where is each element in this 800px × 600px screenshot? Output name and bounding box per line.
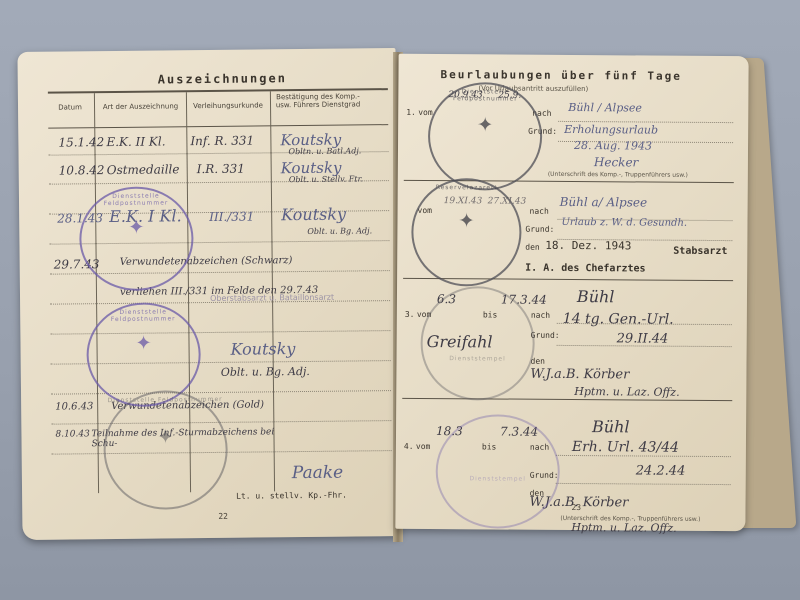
leave-reason: Erh. Url. 43/44 — [572, 439, 679, 456]
leave-signature: I. A. des Chefarztes — [525, 263, 645, 275]
column-header-bestaetigung: Bestätigung des Komp.- usw. Führers Dien… — [273, 92, 363, 109]
entry-award: Ostmedaille — [107, 162, 180, 177]
eagle-emblem-icon: ✦ — [458, 208, 475, 232]
header-bottom-rule — [48, 124, 388, 129]
column-header-datum: Datum — [50, 103, 90, 111]
faded-stamp-text: Oberstabsarzt u. Bataillonsarzt — [210, 293, 334, 303]
leave-entry: 1. vom 20.9.43 25.9. nach Bühl / Alpsee … — [399, 54, 749, 56]
entry-award: E.K. II Kl. — [106, 134, 165, 149]
leave-dated: 18. Dez. 1943 — [545, 239, 631, 253]
leave-rank: Hptm. u. Laz. Offz. — [571, 521, 676, 535]
leave-signature: Hecker — [594, 155, 639, 169]
signature-rank-footer: Lt. u. stellv. Kp.-Fhr. — [236, 491, 347, 501]
stamp-feldpostnummer: Dienststelle Feldpostnummer ✦ — [79, 186, 194, 291]
page-number: 22 — [218, 512, 228, 521]
entry-confirmation: Koutsky — [281, 205, 346, 225]
award-entry: 10.8.42 Ostmedaille I.R. 331 Koutsky Obl… — [17, 48, 395, 52]
page-number: 23 — [571, 503, 581, 512]
stamp-feldpostnummer: Dienststelle Feldpostnummer ✦ — [428, 82, 543, 191]
entry-rank: Oblt. u. Bg. Adj. — [221, 365, 310, 379]
leave-reason: 14 tg. Gen.-Url. — [563, 311, 674, 328]
eagle-emblem-icon: ✦ — [477, 112, 494, 136]
entry-date: 10.8.42 — [59, 163, 105, 177]
right-page-beurlaubungen: Beurlaubungen über fünf Tage (Vor Urlaub… — [395, 54, 748, 531]
entry-rank: Obltn. u. Batl.Adj. — [288, 146, 361, 156]
column-header-verleihung: Verleihungsurkunde — [188, 101, 268, 110]
entry-date: 8.10.43 — [55, 429, 89, 439]
leave-destination: Bühl — [577, 287, 615, 306]
leave-reason: Urlaub z. W. d. Gesundh. — [561, 217, 687, 229]
entry-certificate: Inf. R. 331 — [190, 134, 254, 149]
award-entry: 28.1.43 E.K. I Kl. III./331 Koutsky Oblt… — [17, 48, 395, 52]
leave-rank: Hptm. u. Laz. Offz. — [574, 385, 679, 399]
award-entry: 15.1.42 E.K. II Kl. Inf. R. 331 Koutsky … — [17, 48, 395, 52]
left-page-title: Auszeichnungen — [158, 71, 287, 86]
leave-signature: W.J.a.B. Körber — [530, 367, 629, 383]
stamp-dienststempel: Dienststempel — [420, 286, 535, 401]
entry-certificate: III./331 — [209, 210, 254, 224]
leave-dated: 28. Aug. 1943 — [574, 139, 652, 153]
leave-destination: Bühl a/ Alpsee — [560, 195, 648, 210]
leave-dated: 29.II.44 — [617, 331, 669, 346]
award-entry: 10.6.43 Verwundetenabzeichen (Gold) — [17, 48, 395, 52]
entry-confirmation: Koutsky — [230, 339, 295, 359]
leave-entry: 3. vom 6.3 bis 17.3.44 nach Bühl Grund: … — [399, 54, 749, 56]
leave-reason: Erholungsurlaub — [564, 123, 658, 137]
leave-entry: vom 19.XI.43 27.XI.43 nach Bühl a/ Alpse… — [399, 54, 749, 56]
entry-certificate: I.R. 331 — [197, 162, 245, 177]
leave-destination: Bühl — [592, 417, 630, 436]
stamp-feldpostnummer: Dienststelle Feldpostnummer ✦ — [103, 390, 228, 510]
entry-rank: Oblt. u. Stellv. Ftr. — [289, 174, 363, 184]
entry-confirmation: Paake — [292, 463, 344, 484]
entry-date: 15.1.42 — [58, 135, 104, 149]
eagle-emblem-icon: ✦ — [128, 215, 145, 239]
right-page-title: Beurlaubungen über fünf Tage — [440, 68, 682, 83]
stamp-dienststempel: Dienststempel — [435, 414, 560, 529]
stamp-reservelazarett: Reservelazarett ✦ — [411, 178, 522, 287]
eagle-emblem-icon: ✦ — [135, 331, 152, 355]
award-entry: 8.10.43 Teilnahme des Inf.-Sturmabzeiche… — [17, 48, 395, 52]
eagle-emblem-icon: ✦ — [157, 424, 174, 448]
left-page-auszeichnungen: Auszeichnungen Datum Art der Auszeichnun… — [17, 48, 400, 540]
leave-entry: 4. vom 18.3 bis 7.3.44 nach Bühl Grund: … — [399, 54, 749, 56]
entry-rank: Oblt. u. Bg. Adj. — [307, 226, 372, 236]
entry-date: 10.6.43 — [55, 401, 93, 412]
award-entry: 29.7.43 Verwundetenabzeichen (Schwarz) v… — [17, 48, 395, 52]
leave-rank: Stabsarzt — [673, 246, 727, 257]
leave-dated: 24.2.44 — [636, 463, 686, 478]
leave-destination: Bühl / Alpsee — [568, 101, 642, 115]
soldbuch-open-booklet: Auszeichnungen Datum Art der Auszeichnun… — [0, 0, 800, 600]
column-header-art: Art der Auszeichnung — [98, 102, 183, 111]
